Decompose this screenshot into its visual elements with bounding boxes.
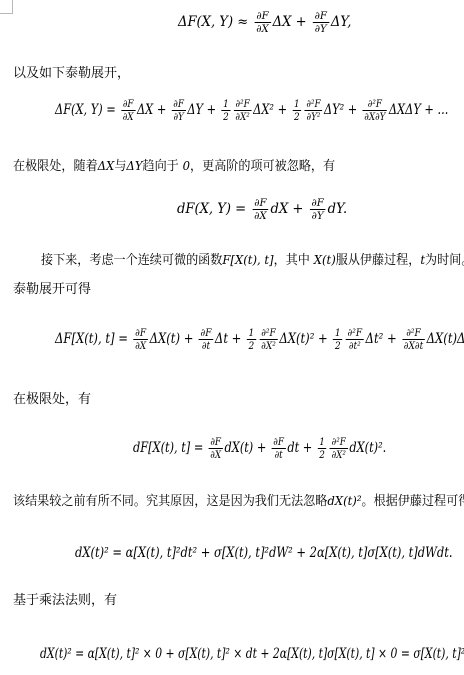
fraction-numerator: ∂²F	[330, 436, 348, 449]
fraction: ∂²F∂Y²	[305, 98, 323, 123]
fraction: ∂F∂t	[199, 327, 213, 352]
fraction-denominator: 2	[221, 111, 230, 123]
text-run: 接下来，考虑一个连续可微的函数	[41, 253, 222, 268]
fraction-numerator: 1	[333, 327, 342, 340]
fraction-numerator: 1	[221, 98, 230, 111]
math-run: dt +	[287, 440, 316, 456]
fraction-denominator: ∂Y	[310, 210, 326, 222]
formula-dx-squared-expansion: dX(t)² = α[X(t), t]²dt² + σ[X(t), t]²dW²…	[75, 540, 452, 566]
text-run: 基于乘法法则，有	[13, 593, 117, 608]
math-run: X(t)	[314, 252, 336, 267]
fraction: ∂²F∂X∂t	[402, 327, 425, 352]
math-run: ΔF(X, Y) =	[55, 102, 119, 118]
text-run: 以及如下泰勒展开，	[13, 66, 130, 81]
fraction: ∂F∂X	[209, 436, 223, 461]
math-run: ΔY² +	[324, 102, 361, 118]
paragraph-ito-function-intro-line1: 接下来，考虑一个连续可微的函数F[X(t), t]，其中 X(t)服从伊藤过程，…	[41, 252, 464, 269]
math-run: ΔX(t) +	[150, 331, 197, 347]
fraction: 12	[221, 98, 230, 123]
fraction: ∂F∂Y	[313, 10, 329, 35]
fraction-denominator: 2	[247, 340, 256, 352]
fraction-numerator: ∂F	[310, 197, 326, 210]
crop-mark-vertical-line	[12, 0, 13, 14]
text-run: 。根据伊藤过程可得	[361, 494, 464, 509]
fraction-numerator: ∂F	[133, 327, 148, 340]
fraction: ∂F∂X	[252, 197, 268, 222]
fraction: ∂F∂Y	[310, 197, 326, 222]
text-run: 服从伊藤过程，	[336, 253, 421, 268]
fraction: ∂F∂Y	[172, 98, 186, 123]
paragraph-limit-2var: 在极限处，随着ΔX与ΔY趋向于 0，更高阶的项可被忽略，有	[13, 158, 335, 175]
fraction-denominator: ∂X∂t	[402, 340, 425, 352]
fraction-denominator: ∂X	[252, 210, 268, 222]
text-run: 与	[114, 159, 126, 174]
fraction: ∂²F∂X∂Y	[363, 98, 388, 123]
fraction: ∂F∂X	[254, 10, 270, 35]
math-run: dX(t)² = α[X(t), t]²dt² + σ[X(t), t]²dW²…	[75, 545, 452, 561]
fraction: ∂²F∂X²	[234, 98, 252, 123]
fraction-numerator: ∂F	[252, 197, 268, 210]
fraction-denominator: ∂X²	[234, 111, 252, 123]
text-run: 该结果较之前有所不同。究其原因，这是因为我们无法忽略	[13, 494, 327, 509]
fraction-denominator: ∂X	[121, 111, 135, 123]
fraction: 12	[333, 327, 342, 352]
math-run: dX(t)² = α[X(t), t]² × 0 + σ[X(t), t]² ×…	[40, 646, 464, 662]
math-run: ΔX +	[137, 102, 170, 118]
paragraph-dx-squared-explanation: 该结果较之前有所不同。究其原因，这是因为我们无法忽略dX(t)²。根据伊藤过程可…	[13, 493, 464, 510]
fraction-denominator: ∂Y	[313, 23, 329, 35]
fraction-numerator: 1	[292, 98, 301, 111]
math-run: F[X(t), t]	[222, 252, 273, 267]
fraction-denominator: ∂Y²	[305, 111, 323, 123]
fraction: 12	[292, 98, 301, 123]
fraction-denominator: ∂X²	[259, 340, 277, 352]
paragraph-taylor-expansion-intro: 以及如下泰勒展开，	[13, 66, 130, 82]
fraction-denominator: ∂t	[199, 340, 213, 352]
fraction: 12	[247, 327, 256, 352]
text-boundary-corner-mark	[0, 0, 14, 15]
math-run: Δt +	[215, 331, 245, 347]
fraction: ∂²F∂X²	[259, 327, 277, 352]
math-run: dX +	[271, 201, 308, 217]
fraction-denominator: ∂X	[209, 449, 223, 461]
fraction-numerator: ∂F	[209, 436, 223, 449]
math-run: ΔX² +	[253, 102, 291, 118]
text-run: 在极限处，有	[13, 392, 91, 407]
fraction-numerator: ∂F	[254, 10, 270, 23]
fraction: 12	[318, 436, 327, 461]
fraction: ∂F∂t	[272, 436, 286, 461]
paragraph-multiplication-rule: 基于乘法法则，有	[13, 593, 117, 609]
formula-taylor-expansion-2var: ΔF(X, Y) = ∂F∂XΔX + ∂F∂YΔY + 12∂²F∂X²ΔX²…	[55, 97, 448, 123]
math-run: ΔX(t)Δt + ....	[427, 331, 464, 347]
fraction-numerator: 1	[318, 436, 327, 449]
fraction-numerator: ∂²F	[363, 98, 388, 111]
math-run: Δt² +	[366, 331, 401, 347]
fraction-numerator: ∂F	[121, 98, 135, 111]
math-run: ΔXΔY + ...	[389, 102, 448, 118]
math-run: ΔY	[126, 158, 142, 173]
formula-taylor-expansion-ito: ΔF[X(t), t] = ∂F∂XΔX(t) + ∂F∂tΔt + 12∂²F…	[55, 326, 464, 352]
fraction-denominator: ∂X	[133, 340, 148, 352]
fraction-denominator: 2	[318, 449, 327, 461]
math-run: dX(t)².	[349, 440, 386, 456]
fraction-denominator: ∂Y	[172, 111, 186, 123]
fraction-denominator: ∂X²	[330, 449, 348, 461]
fraction-numerator: ∂²F	[346, 327, 364, 340]
fraction-denominator: ∂t²	[346, 340, 364, 352]
math-run: dX(t) +	[224, 440, 269, 456]
math-run: dF[X(t), t] =	[133, 440, 207, 456]
fraction: ∂²F∂t²	[346, 327, 364, 352]
formula-ito-lemma-differential: dF[X(t), t] = ∂F∂XdX(t) + ∂F∂tdt + 12∂²F…	[133, 435, 386, 461]
paragraph-ito-function-intro-line2: 泰勒展开可得	[13, 282, 91, 298]
math-run: ΔX	[98, 158, 115, 173]
fraction: ∂F∂X	[133, 327, 148, 352]
text-run: 趋向于	[143, 159, 183, 174]
fraction: ∂²F∂X²	[330, 436, 348, 461]
math-run: ΔX(t)² +	[279, 331, 331, 347]
text-run: ，更高阶的项可被忽略，有	[190, 159, 335, 174]
fraction-numerator: ∂²F	[259, 327, 277, 340]
math-run: ΔY,	[331, 14, 352, 30]
fraction-numerator: ∂²F	[305, 98, 323, 111]
fraction-numerator: ∂F	[272, 436, 286, 449]
fraction-denominator: 2	[333, 340, 342, 352]
fraction-numerator: ∂²F	[402, 327, 425, 340]
formula-total-differential: dF(X, Y) = ∂F∂XdX + ∂F∂YdY.	[177, 196, 347, 222]
crop-mark-horizontal-line	[0, 13, 13, 14]
fraction-numerator: ∂F	[172, 98, 186, 111]
text-run: 为时间。应用	[425, 253, 464, 268]
fraction-numerator: ∂F	[199, 327, 213, 340]
math-run: ΔF[X(t), t] =	[55, 331, 132, 347]
math-run: dF(X, Y) =	[177, 201, 250, 217]
fraction-denominator: 2	[292, 111, 301, 123]
math-run: ΔY +	[187, 102, 219, 118]
text-run: 泰勒展开可得	[13, 282, 91, 297]
fraction-numerator: ∂F	[313, 10, 329, 23]
math-run: dX(t)²	[327, 493, 361, 508]
math-run: dY.	[328, 201, 348, 217]
math-run: ΔF(X, Y) ≈	[178, 14, 252, 30]
text-run: 在极限处，随着	[13, 159, 98, 174]
text-run: ，其中	[274, 253, 314, 268]
formula-dx-squared-result: dX(t)² = α[X(t), t]² × 0 + σ[X(t), t]² ×…	[40, 641, 464, 667]
math-run: ΔX +	[273, 14, 311, 30]
fraction-denominator: ∂X	[254, 23, 270, 35]
document-page: { "page": { "background": "#ffffff", "te…	[0, 0, 464, 675]
fraction-denominator: ∂t	[272, 449, 286, 461]
formula-delta-F-approx: ΔF(X, Y) ≈ ∂F∂XΔX + ∂F∂YΔY,	[178, 9, 351, 35]
fraction: ∂F∂X	[121, 98, 135, 123]
paragraph-at-limit: 在极限处，有	[13, 392, 91, 408]
fraction-numerator: ∂²F	[234, 98, 252, 111]
fraction-denominator: ∂X∂Y	[363, 111, 388, 123]
fraction-numerator: 1	[247, 327, 256, 340]
